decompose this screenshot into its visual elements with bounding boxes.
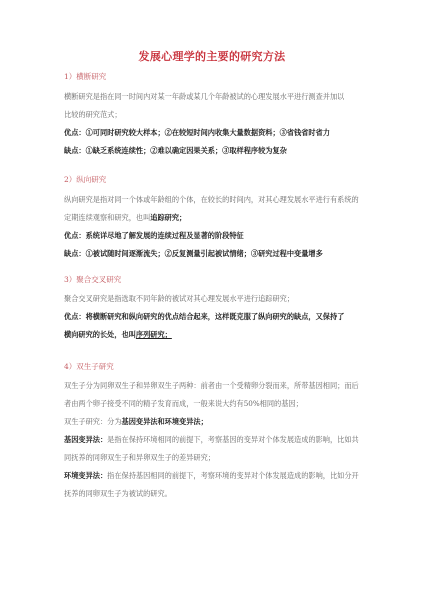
- term-environment-variation: 环境变异法：: [64, 471, 107, 480]
- section-body-line: 纵向研究是指对同一个体或年龄组的个体，在较长的时间内，对其心理发展水平进行有系统…: [64, 195, 359, 205]
- section-heading-cross-sectional: 1）横断研究: [64, 71, 106, 82]
- section-body-line: 同抚养的同卵双生子和异卵双生子的差异研究；: [64, 453, 215, 463]
- section-body-line: 抚养的同卵双生子为被试的研究。: [64, 489, 172, 499]
- body-text: 横向研究的长处，也叫: [64, 330, 136, 339]
- section-body-line: 双生子分为同卵双生子和异卵双生子两种：前者由一个受精卵分裂而来，所带基因相同；而…: [64, 381, 359, 391]
- section-heading-longitudinal: 2）纵向研究: [64, 174, 106, 185]
- section-body-line: 基因变异法：是指在保持环境相同的前提下，考察基因的变异对个体发展造成的影响，比如…: [64, 435, 359, 445]
- section-body-line: 聚合交叉研究是指选取不同年龄的被试对其心理发展水平进行追踪研究；: [64, 294, 294, 304]
- term-sequential-research: 序列研究；: [136, 330, 172, 339]
- section-cons: 缺点：①缺乏系统连续性；②难以确定因果关系；③取样程序较为复杂: [64, 146, 287, 156]
- section-body-line: 双生子研究：分为基因变异法和环境变异法；: [64, 417, 208, 427]
- body-text: 是指在保持环境相同的前提下，考察基因的变异对个体发展造成的影响，比如共: [107, 435, 359, 444]
- section-body-line: 比较的研究范式；: [64, 110, 122, 120]
- term-gene-variation: 基因变异法：: [64, 435, 107, 444]
- body-text: 定期连续观察和研究，也叫: [64, 213, 150, 222]
- document-page: 发展心理学的主要的研究方法 1）横断研究 横断研究是指在同一时间内对某一年龄或某…: [0, 0, 424, 600]
- section-heading-cross-sequential: 3）聚合交叉研究: [64, 274, 121, 285]
- section-pros: 优点：将横断研究和纵向研究的优点结合起来，这样既克服了纵向研究的缺点，又保持了: [64, 312, 344, 322]
- section-body-line: 定期连续观察和研究，也叫追踪研究；: [64, 213, 186, 223]
- section-body-line: 横断研究是指在同一时间内对某一年龄或某几个年龄被试的心理发展水平进行测查并加以: [64, 92, 344, 102]
- body-text: 双生子研究：分为: [64, 417, 122, 426]
- page-title: 发展心理学的主要的研究方法: [0, 48, 424, 64]
- section-cons: 缺点：①被试随时间逐渐流失；②反复测量引起被试情绪；③研究过程中变量增多: [64, 249, 323, 259]
- section-pros: 优点：①可同时研究较大样本；②在较短时间内收集大量数据资料；③省钱省时省力: [64, 128, 330, 138]
- section-body-line: 环境变异法：指在保持基因相同的前提下，考察环境的变异对个体发展造成的影响，比如分…: [64, 471, 359, 481]
- term-methods: 基因变异法和环境变异法；: [122, 417, 208, 426]
- section-body-line: 者由两个卵子接受不同的精子发育而成，一般来说大约有50%相同的基因；: [64, 399, 303, 409]
- section-heading-twin-study: 4）双生子研究: [64, 361, 114, 372]
- section-pros: 优点：系统详尽地了解发展的连续过程及显著的阶段特征: [64, 231, 244, 241]
- body-text: 指在保持基因相同的前提下，考察环境的变异对个体发展造成的影响，比如分开: [107, 471, 359, 480]
- section-pros: 横向研究的长处，也叫序列研究；: [64, 330, 172, 340]
- term-tracking-research: 追踪研究；: [150, 213, 186, 222]
